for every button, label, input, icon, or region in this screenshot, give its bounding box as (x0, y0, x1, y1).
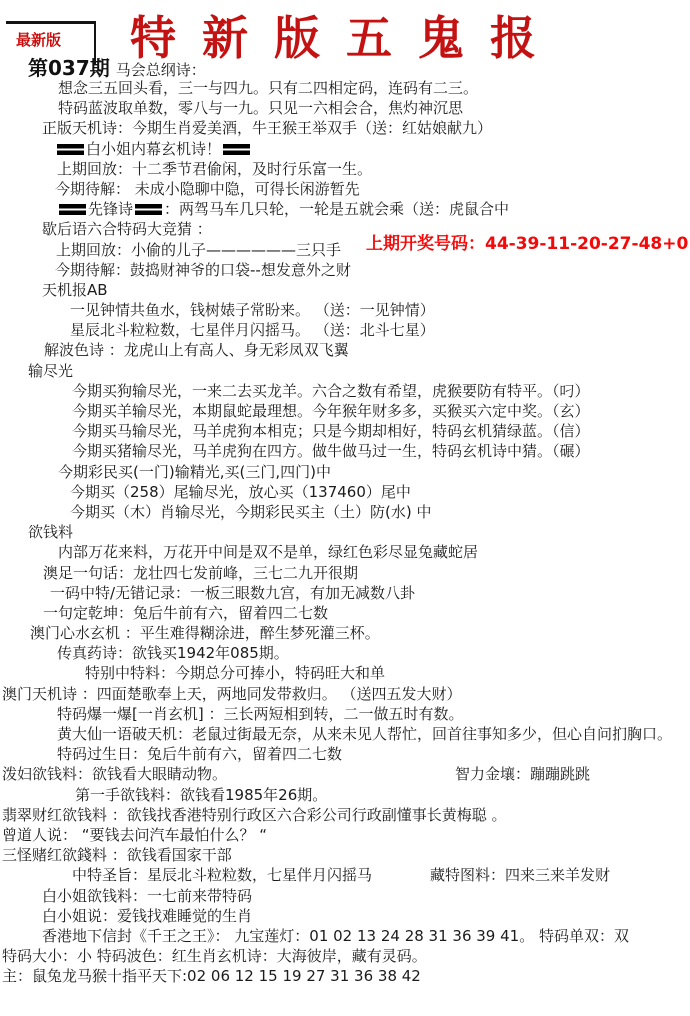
text-line: 特码过生日：兔后牛前有六，留着四二七数 (0, 744, 690, 764)
line-text: 特码蓝波取单数，零八与一九。只见一六相会合，焦灼神沉思 (58, 99, 463, 117)
line-text: 翡翠财红欲钱料 ：欲钱找香港特别行政区六合彩公司行政副懂事长黄梅聪 。 (2, 806, 507, 824)
line-text: 传真药诗：欲钱买1942年085期。 (57, 644, 289, 662)
text-line: 上期回放：十二季节君偷闲，及时行乐富一生。 (0, 159, 690, 179)
text-line: 特别中特料：今期总分可捧小，特码旺大和单 (0, 663, 690, 683)
text-line: 今期彩民买(一门)输精光,买(三门,四门)中 (0, 462, 690, 482)
line-text: 今期买马输尽光，马羊虎狗本相克；只是今期却相好，特码玄机猜绿蓝。（信） (72, 422, 590, 440)
text-line: 泼妇欲钱料：欲钱看大眼睛动物。智力金壤：蹦蹦跳跳 (0, 764, 690, 784)
line-text: 今期买（木）肖输尽光，今期彩民买主（土）防(水) 中 (70, 503, 431, 521)
line-text: 特码爆一爆[一肖玄机] ：三长两短相到转，二一做五时有数。 (57, 705, 463, 723)
line-text: 香港地下信封《千王之王》： 九宝莲灯：01 02 13 24 28 31 36 … (42, 927, 629, 945)
line-text: 天机报AB (42, 281, 108, 299)
line-text: 一码中特/无错记录：一板三眼数九宫，有加无减数八卦 (50, 584, 415, 602)
line-right-text: 藏特图料：四来三来羊发财 (430, 865, 610, 885)
line-text: 曾道人说： “要钱去问汽车最怕什么？ “ (2, 826, 267, 844)
line-text: 特别中特料：今期总分可捧小，特码旺大和单 (85, 664, 385, 682)
issue-row: 第037期马会总纲诗： (28, 52, 206, 81)
text-line: 澳门天机诗 ：四面楚歌奉上天，两地同发带救归。 （送四五发大财） (0, 684, 690, 704)
text-line: 特码蓝波取单数，零八与一九。只见一六相会合，焦灼神沉思 (0, 98, 690, 118)
line-text: 正版天机诗：今期生肖爱美酒，牛王猴王举双手（送：红姑娘献九） (42, 119, 492, 137)
text-line: 澳门心水玄机 ：平生难得糊涂进，醉生梦死灌三杯。 (0, 623, 690, 643)
text-line: 今期买（258）尾输尽光，放心买（137460）尾中 (0, 482, 690, 502)
line-text: 今期彩民买(一门)输精光,买(三门,四门)中 (58, 463, 331, 481)
text-line: 歇后语六合特码大竞猜 ： (0, 219, 690, 239)
text-line: 先锋诗：两驾马车几只轮，一轮是五就会乘（送：虎鼠合中 (0, 199, 690, 219)
line-text: 第一手欲钱料：欲钱看1985年26期。 (75, 786, 327, 804)
section-header: 输尽光 (0, 361, 690, 381)
text-line: 翡翠财红欲钱料 ：欲钱找香港特别行政区六合彩公司行政副懂事长黄梅聪 。 (0, 805, 690, 825)
text-line: 今期买猪输尽光，马羊虎狗在四方。做牛做马过一生，特码玄机诗中猜。（碾） (0, 441, 690, 461)
text-line: 上期回放：小偷的儿子——————三只手 (0, 240, 690, 260)
document-body: 想念三五回头看，三一与四九。只有二四相定码，连码有二三。特码蓝波取单数，零八与一… (0, 78, 690, 986)
text-line: 曾道人说： “要钱去问汽车最怕什么？ “ (0, 825, 690, 845)
line-text: 想念三五回头看，三一与四九。只有二四相定码，连码有二三。 (58, 79, 478, 97)
line-text: 一见钟情共鱼水，钱树婊子常盼来。 （送：一见钟情） (70, 301, 435, 319)
text-line: 主：鼠兔龙马猴十指平天下:02 06 12 15 19 27 31 36 38 … (0, 966, 690, 986)
line-text: 三怪赌红欲錢料 ：欲钱看国家干部 (2, 846, 232, 864)
text-line: 澳足一句话：龙壮四七发前峰，三七二九开很期 (0, 563, 690, 583)
text-line: 今期买马输尽光，马羊虎狗本相克；只是今期却相好，特码玄机猜绿蓝。（信） (0, 421, 690, 441)
line-text: 特码大小：小 特码波色：红生肖玄机诗：大海彼岸，藏有灵码。 (2, 947, 427, 965)
issue-label: 马会总纲诗： (116, 61, 206, 79)
line-text: 解波色诗 ：龙虎山上有高人、身无彩凤双飞翼 (44, 341, 349, 359)
text-line: 内部万花来料，万花开中间是双不是单，绿红色彩尽显兔藏蛇居 (0, 542, 690, 562)
double-bar-icon (59, 204, 86, 215)
line-text: 歇后语六合特码大竞猜 ： (42, 220, 212, 238)
text-line: 白小姐欲钱料：一七前来带特码 (0, 886, 690, 906)
line-text: 一句定乾坤：兔后牛前有六，留着四二七数 (43, 604, 328, 622)
text-line: 一码中特/无错记录：一板三眼数九宫，有加无减数八卦 (0, 583, 690, 603)
line-text: 澳门心水玄机 ：平生难得糊涂进，醉生梦死灌三杯。 (30, 624, 380, 642)
line-text: 白小姐说：爱钱找难睡觉的生肖 (42, 907, 252, 925)
line-text: 澳门天机诗 ：四面楚歌奉上天，两地同发带救归。 （送四五发大财） (2, 685, 462, 703)
line-text: 今期待解： 未成小隐聊中隐，可得长闲游暂先 (55, 180, 360, 198)
line-text: 内部万花来料，万花开中间是双不是单，绿红色彩尽显兔藏蛇居 (58, 543, 478, 561)
line-text: 白小姐内幕玄机诗！ (86, 140, 221, 158)
line-text: 泼妇欲钱料：欲钱看大眼睛动物。 (2, 765, 227, 783)
line-text: 白小姐欲钱料：一七前来带特码 (42, 887, 252, 905)
line-text: 主：鼠兔龙马猴十指平天下:02 06 12 15 19 27 31 36 38 … (2, 967, 421, 985)
line-text: 今期买（258）尾输尽光，放心买（137460）尾中 (70, 483, 411, 501)
text-line: 今期买狗输尽光，一来二去买龙羊。六合之数有希望，虎猴要防有特平。（叼） (0, 381, 690, 401)
text-line: 正版天机诗：今期生肖爱美酒，牛王猴王举双手（送：红姑娘献九） (0, 118, 690, 138)
text-line: 想念三五回头看，三一与四九。只有二四相定码，连码有二三。 (0, 78, 690, 98)
text-line: 黄大仙一语破天机：老鼠过街最无奈，从来未见人帮忙，回首往事知多少，但心自问扪胸口… (0, 724, 690, 744)
line-text: 上期回放：小偷的儿子——————三只手 (56, 241, 341, 259)
line-text: 今期待解：鼓捣财神爷的口袋--想发意外之财 (55, 261, 351, 279)
text-line: 特码大小：小 特码波色：红生肖玄机诗：大海彼岸，藏有灵码。 (0, 946, 690, 966)
text-line: 一见钟情共鱼水，钱树婊子常盼来。 （送：一见钟情） (0, 300, 690, 320)
text-line: 今期买（木）肖输尽光，今期彩民买主（土）防(水) 中 (0, 502, 690, 522)
line-text: 中特圣旨：星辰北斗粒粒数，七星伴月闪摇马 (72, 866, 372, 884)
text-line: 星辰北斗粒粒数，七星伴月闪摇马。 （送：北斗七星） (0, 320, 690, 340)
line-text: 今期买羊输尽光，本期鼠蛇最理想。今年猴年财多多，买猴买六定中奖。（玄） (72, 402, 590, 420)
text-line: 三怪赌红欲錢料 ：欲钱看国家干部 (0, 845, 690, 865)
section-header: 欲钱料 (0, 522, 690, 542)
line-text: 输尽光 (28, 362, 73, 380)
text-line: 中特圣旨：星辰北斗粒粒数，七星伴月闪摇马藏特图料：四来三来羊发财 (0, 865, 690, 885)
line-text: 今期买狗输尽光，一来二去买龙羊。六合之数有希望，虎猴要防有特平。（叼） (72, 382, 590, 400)
line-text: ：两驾马车几只轮，一轮是五就会乘（送：虎鼠合中 (164, 200, 509, 218)
text-line: 今期待解： 未成小隐聊中隐，可得长闲游暂先 (0, 179, 690, 199)
line-text: 今期买猪输尽光，马羊虎狗在四方。做牛做马过一生，特码玄机诗中猜。（碾） (72, 442, 590, 460)
issue-number: 第037期 (28, 56, 110, 80)
line-text: 星辰北斗粒粒数，七星伴月闪摇马。 （送：北斗七星） (70, 321, 435, 339)
text-line: 白小姐内幕玄机诗！ (0, 139, 690, 159)
text-line: 今期买羊输尽光，本期鼠蛇最理想。今年猴年财多多，买猴买六定中奖。（玄） (0, 401, 690, 421)
badge-label: 最新版 (16, 29, 61, 50)
line-text: 特码过生日：兔后牛前有六，留着四二七数 (57, 745, 342, 763)
line-text: 欲钱料 (28, 523, 73, 541)
line-text: 先锋诗 (88, 200, 133, 218)
five-ghost-report-page: 最新版 特新版五鬼报 第037期马会总纲诗： 上期开奖号码：44-39-11-2… (0, 0, 690, 1016)
text-line: 传真药诗：欲钱买1942年085期。 (0, 643, 690, 663)
double-bar-icon (223, 144, 250, 155)
line-text: 上期回放：十二季节君偷闲，及时行乐富一生。 (57, 160, 372, 178)
text-line: 白小姐说：爱钱找难睡觉的生肖 (0, 906, 690, 926)
text-line: 天机报AB (0, 280, 690, 300)
double-bar-icon (57, 144, 84, 155)
line-text: 黄大仙一语破天机：老鼠过街最无奈，从来未见人帮忙，回首往事知多少，但心自问扪胸口… (57, 725, 672, 743)
line-text: 澳足一句话：龙壮四七发前峰，三七二九开很期 (43, 564, 358, 582)
text-line: 今期待解：鼓捣财神爷的口袋--想发意外之财 (0, 260, 690, 280)
text-line: 解波色诗 ：龙虎山上有高人、身无彩凤双飞翼 (0, 340, 690, 360)
line-right-text: 智力金壤：蹦蹦跳跳 (455, 764, 590, 784)
text-line: 特码爆一爆[一肖玄机] ：三长两短相到转，二一做五时有数。 (0, 704, 690, 724)
double-bar-icon (135, 204, 162, 215)
text-line: 一句定乾坤：兔后牛前有六，留着四二七数 (0, 603, 690, 623)
text-line: 第一手欲钱料：欲钱看1985年26期。 (0, 785, 690, 805)
text-line: 香港地下信封《千王之王》： 九宝莲灯：01 02 13 24 28 31 36 … (0, 926, 690, 946)
